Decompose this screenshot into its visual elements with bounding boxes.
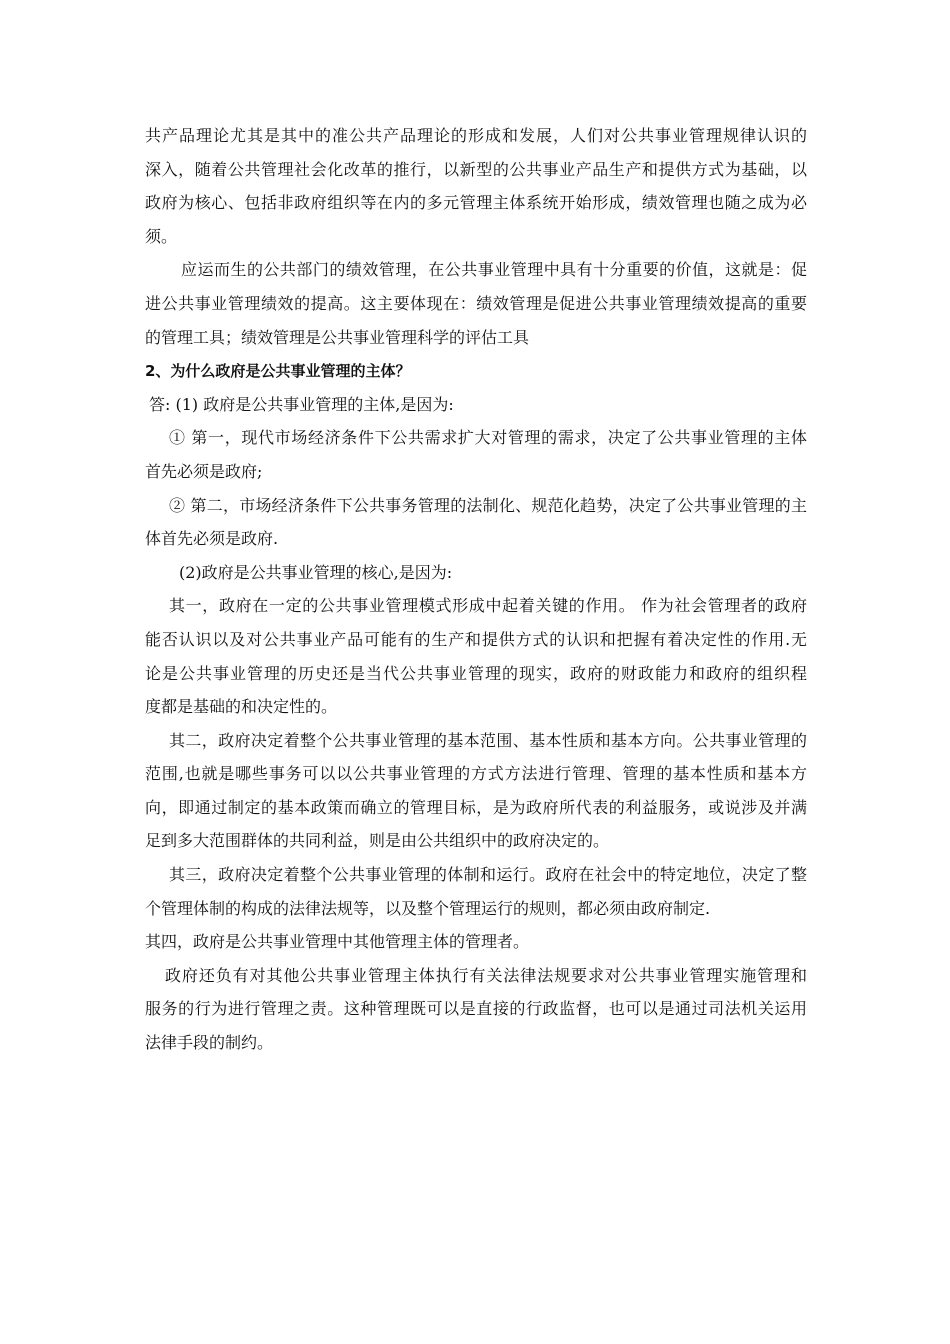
paragraph: ② 第二，市场经济条件下公共事务管理的法制化、规范化趋势，决定了公共事业管理的主…	[145, 492, 807, 559]
document-body: 共产品理论尤其是其中的准公共产品理论的形成和发展，人们对公共事业管理规律认识的深…	[145, 122, 807, 1063]
text-line: 政府还负有对其他公共事业管理主体执行有关法律法规要求对公共事业管理实施管理和	[145, 962, 807, 996]
text-line: 体首先必须是政府.	[145, 525, 807, 559]
text-line: ① 第一，现代市场经济条件下公共需求扩大对管理的需求，决定了公共事业管理的主体	[145, 424, 807, 458]
text-line: 首先必须是政府;	[145, 458, 807, 492]
section-heading: 2、为什么政府是公共事业管理的主体？	[145, 357, 807, 391]
paragraph: 其三，政府决定着整个公共事业管理的体制和运行。政府在社会中的特定地位，决定了整个…	[145, 861, 807, 928]
paragraph: 其一，政府在一定的公共事业管理模式形成中起着关键的作用。 作为社会管理者的政府能…	[145, 592, 807, 726]
paragraph: 其二，政府决定着整个公共事业管理的基本范围、基本性质和基本方向。公共事业管理的范…	[145, 727, 807, 861]
text-line: 深入，随着公共管理社会化改革的推行，以新型的公共事业产品生产和提供方式为基础，以	[145, 156, 807, 190]
text-line: 其三，政府决定着整个公共事业管理的体制和运行。政府在社会中的特定地位，决定了整	[145, 861, 807, 895]
text-line: 进公共事业管理绩效的提高。这主要体现在：绩效管理是促进公共事业管理绩效提高的重要	[145, 290, 807, 324]
paragraph: ① 第一，现代市场经济条件下公共需求扩大对管理的需求，决定了公共事业管理的主体首…	[145, 424, 807, 491]
text-line: 的管理工具；绩效管理是公共事业管理科学的评估工具	[145, 324, 807, 358]
text-line: 向，即通过制定的基本政策而确立的管理目标，是为政府所代表的利益服务，或说涉及并满	[145, 794, 807, 828]
text-line: 应运而生的公共部门的绩效管理，在公共事业管理中具有十分重要的价值，这就是：促	[145, 256, 807, 290]
text-line: 个管理体制的构成的法律法规等，以及整个管理运行的规则，都必须由政府制定.	[145, 895, 807, 929]
text-line: 答: (1) 政府是公共事业管理的主体,是因为:	[145, 391, 807, 425]
text-line: 范围,也就是哪些事务可以以公共事业管理的方式方法进行管理、管理的基本性质和基本方	[145, 760, 807, 794]
text-line: 共产品理论尤其是其中的准公共产品理论的形成和发展，人们对公共事业管理规律认识的	[145, 122, 807, 156]
paragraph: (2)政府是公共事业管理的核心,是因为:	[145, 559, 807, 593]
text-line: 其四，政府是公共事业管理中其他管理主体的管理者。	[145, 928, 807, 962]
text-line: 政府为核心、包括非政府组织等在内的多元管理主体系统开始形成，绩效管理也随之成为必	[145, 189, 807, 223]
paragraph: 答: (1) 政府是公共事业管理的主体,是因为:	[145, 391, 807, 425]
document-page: 共产品理论尤其是其中的准公共产品理论的形成和发展，人们对公共事业管理规律认识的深…	[0, 0, 950, 1344]
paragraph: 共产品理论尤其是其中的准公共产品理论的形成和发展，人们对公共事业管理规律认识的深…	[145, 122, 807, 256]
text-line: 须。	[145, 223, 807, 257]
text-line: 其二，政府决定着整个公共事业管理的基本范围、基本性质和基本方向。公共事业管理的	[145, 727, 807, 761]
text-line: 能否认识以及对公共事业产品可能有的生产和提供方式的认识和把握有着决定性的作用.无	[145, 626, 807, 660]
paragraph: 其四，政府是公共事业管理中其他管理主体的管理者。	[145, 928, 807, 962]
text-line: 法律手段的制约。	[145, 1029, 807, 1063]
text-line: (2)政府是公共事业管理的核心,是因为:	[145, 559, 807, 593]
paragraph: 应运而生的公共部门的绩效管理，在公共事业管理中具有十分重要的价值，这就是：促进公…	[145, 256, 807, 357]
paragraph: 政府还负有对其他公共事业管理主体执行有关法律法规要求对公共事业管理实施管理和服务…	[145, 962, 807, 1063]
text-line: 论是公共事业管理的历史还是当代公共事业管理的现实，政府的财政能力和政府的组织程	[145, 660, 807, 694]
text-line: 足到多大范围群体的共同利益，则是由公共组织中的政府决定的。	[145, 827, 807, 861]
text-line: 度都是基础的和决定性的。	[145, 693, 807, 727]
text-line: 2、为什么政府是公共事业管理的主体？	[145, 357, 807, 391]
text-line: ② 第二，市场经济条件下公共事务管理的法制化、规范化趋势，决定了公共事业管理的主	[145, 492, 807, 526]
text-line: 其一，政府在一定的公共事业管理模式形成中起着关键的作用。 作为社会管理者的政府	[145, 592, 807, 626]
text-line: 服务的行为进行管理之责。这种管理既可以是直接的行政监督，也可以是通过司法机关运用	[145, 995, 807, 1029]
